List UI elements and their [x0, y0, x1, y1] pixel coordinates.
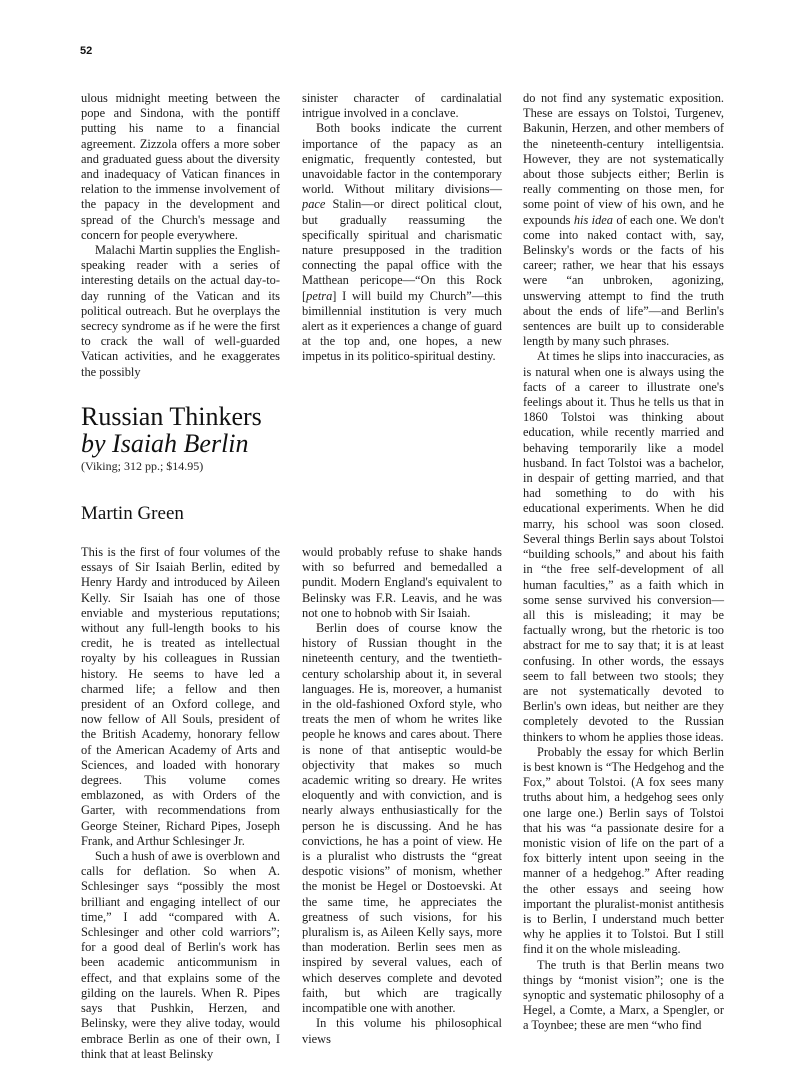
review-heading: Russian Thinkers by Isaiah Berlin (Vikin… — [81, 403, 296, 473]
paragraph: sinister character of cardinalatial intr… — [302, 91, 502, 121]
publication-info: (Viking; 312 pp.; $14.95) — [81, 459, 296, 473]
text-run: of each one. We don't come into naked co… — [523, 213, 724, 349]
paragraph: Such a hush of awe is overblown and call… — [81, 849, 280, 1062]
reviewer-name: Martin Green — [81, 503, 184, 525]
italic-term: petra — [306, 289, 332, 303]
review-column-1: This is the first of four volumes of the… — [81, 545, 280, 1062]
previous-review-column-1: ulous midnight meeting between the pope … — [81, 91, 280, 380]
paragraph: The truth is that Berlin means two thing… — [523, 958, 724, 1034]
paragraph: Both books indicate the current importan… — [302, 121, 502, 364]
italic-term: his idea — [574, 213, 613, 227]
italic-term: pace — [302, 197, 325, 211]
paragraph: ulous midnight meeting between the pope … — [81, 91, 280, 243]
previous-review-column-2: sinister character of cardinalatial intr… — [302, 91, 502, 365]
book-title: Russian Thinkers — [81, 403, 296, 430]
paragraph: Berlin does of course know the history o… — [302, 621, 502, 1016]
review-column-3: do not find any systematic exposition. T… — [523, 91, 724, 1034]
book-author: by Isaiah Berlin — [81, 430, 296, 457]
review-column-2: would probably refuse to shake hands wit… — [302, 545, 502, 1047]
paragraph: In this volume his philosophical views — [302, 1016, 502, 1046]
text-run: Stalin—or direct political clout, but gr… — [302, 197, 502, 302]
paragraph: This is the first of four volumes of the… — [81, 545, 280, 849]
text-run: Both books indicate the current importan… — [302, 121, 502, 196]
paragraph: Malachi Martin supplies the English-spea… — [81, 243, 280, 380]
text-run: do not find any systematic exposition. T… — [523, 91, 724, 227]
paragraph: Probably the essay for which Berlin is b… — [523, 745, 724, 958]
page-number: 52 — [80, 45, 92, 57]
paragraph: would probably refuse to shake hands wit… — [302, 545, 502, 621]
paragraph: At times he slips into inaccuracies, as … — [523, 349, 724, 744]
text-run: ] I will build my Church”—this bimillenn… — [302, 289, 502, 364]
paragraph: do not find any systematic exposition. T… — [523, 91, 724, 349]
